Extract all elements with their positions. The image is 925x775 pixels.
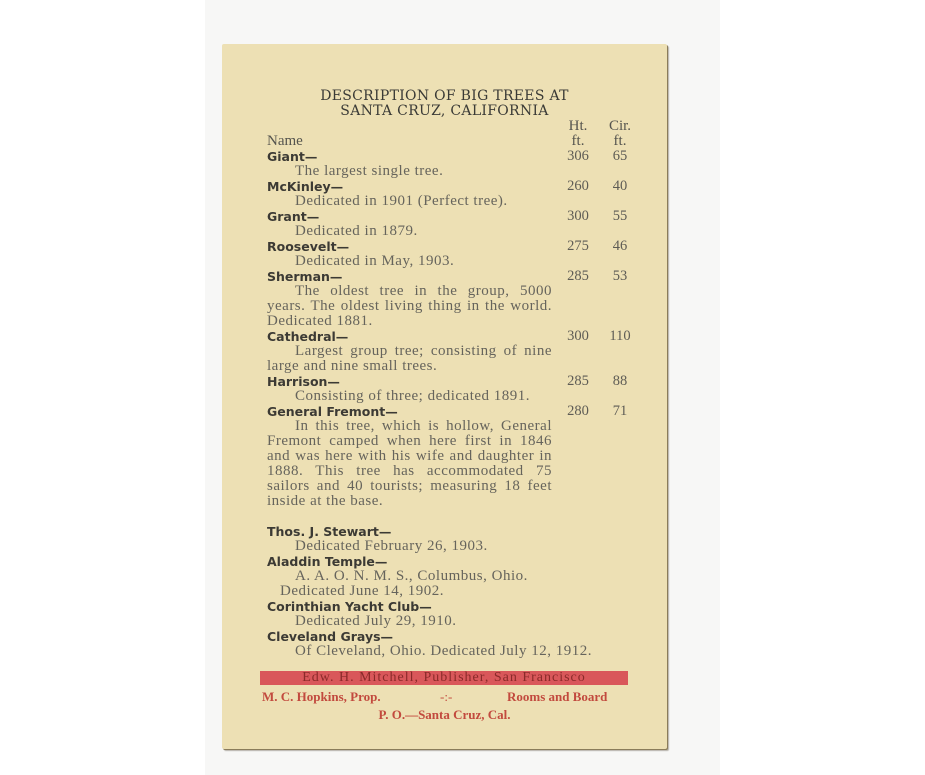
tree-description: Dedicated February 26, 1903. (267, 539, 647, 554)
tree-circumference: 71 (602, 404, 638, 419)
tree-circumference: 53 (602, 269, 638, 284)
tree-name: Roosevelt— (267, 239, 349, 254)
tree-name: Thos. J. Stewart— (267, 524, 391, 539)
tree-description: Of Cleveland, Ohio. Dedicated July 12, 1… (267, 644, 667, 659)
title-line-2: SANTA CRUZ, CALIFORNIA (222, 104, 667, 119)
ht-header-top: Ht. (560, 119, 596, 133)
tree-circumference: 88 (602, 374, 638, 389)
tree-name: Cathedral— (267, 329, 348, 344)
tree-description: In this tree, which is hollow, General F… (267, 419, 552, 509)
proprietor: M. C. Hopkins, Prop. (262, 690, 381, 704)
tree-name: Sherman— (267, 269, 342, 284)
name-header: Name (267, 134, 303, 148)
post-office: P. O.—Santa Cruz, Cal. (222, 708, 667, 722)
tree-circumference: 46 (602, 239, 638, 254)
tree-circumference: 110 (602, 329, 638, 344)
tree-height: 260 (560, 179, 596, 194)
tree-description: Dedicated in 1901 (Perfect tree). (267, 194, 647, 209)
cir-header-bottom: ft. (602, 134, 638, 148)
tree-height: 306 (560, 149, 596, 164)
title-line-1: DESCRIPTION OF BIG TREES AT (222, 89, 667, 104)
tree-description: The largest single tree. (267, 164, 557, 179)
postcard: DESCRIPTION OF BIG TREES AT SANTA CRUZ, … (222, 44, 667, 749)
separator: -:- (440, 690, 452, 704)
tree-circumference: 40 (602, 179, 638, 194)
tree-height: 285 (560, 269, 596, 284)
tree-name: General Fremont— (267, 404, 398, 419)
tree-name: Giant— (267, 149, 317, 164)
tree-height: 280 (560, 404, 596, 419)
tree-circumference: 55 (602, 209, 638, 224)
tree-name: Harrison— (267, 374, 340, 389)
tree-name: Aladdin Temple— (267, 554, 387, 569)
tree-name: Grant— (267, 209, 319, 224)
tree-name: Cleveland Grays— (267, 629, 393, 644)
services: Rooms and Board (507, 690, 607, 704)
tree-description: A. A. O. N. M. S., Columbus, Ohio. (267, 569, 647, 584)
tree-description: Dedicated in 1879. (267, 224, 557, 239)
tree-description: Dedicated July 29, 1910. (267, 614, 647, 629)
tree-circumference: 65 (602, 149, 638, 164)
publisher-banner: Edw. H. Mitchell, Publisher, San Francis… (260, 671, 628, 685)
tree-height: 300 (560, 329, 596, 344)
tree-description: The oldest tree in the group, 5000 years… (267, 284, 552, 329)
tree-name: McKinley— (267, 179, 343, 194)
tree-description: Consisting of three; dedicated 1891. (267, 389, 647, 404)
tree-name: Corinthian Yacht Club— (267, 599, 432, 614)
tree-height: 275 (560, 239, 596, 254)
tree-description: Largest group tree; consisting of nine l… (267, 344, 552, 374)
cir-header-top: Cir. (602, 119, 638, 133)
tree-description-continued: Dedicated June 14, 1902. (280, 584, 660, 599)
tree-description: Dedicated in May, 1903. (267, 254, 557, 269)
tree-height: 285 (560, 374, 596, 389)
tree-height: 300 (560, 209, 596, 224)
publisher-text: Edw. H. Mitchell, Publisher, San Francis… (260, 671, 628, 685)
ht-header-bottom: ft. (560, 134, 596, 148)
